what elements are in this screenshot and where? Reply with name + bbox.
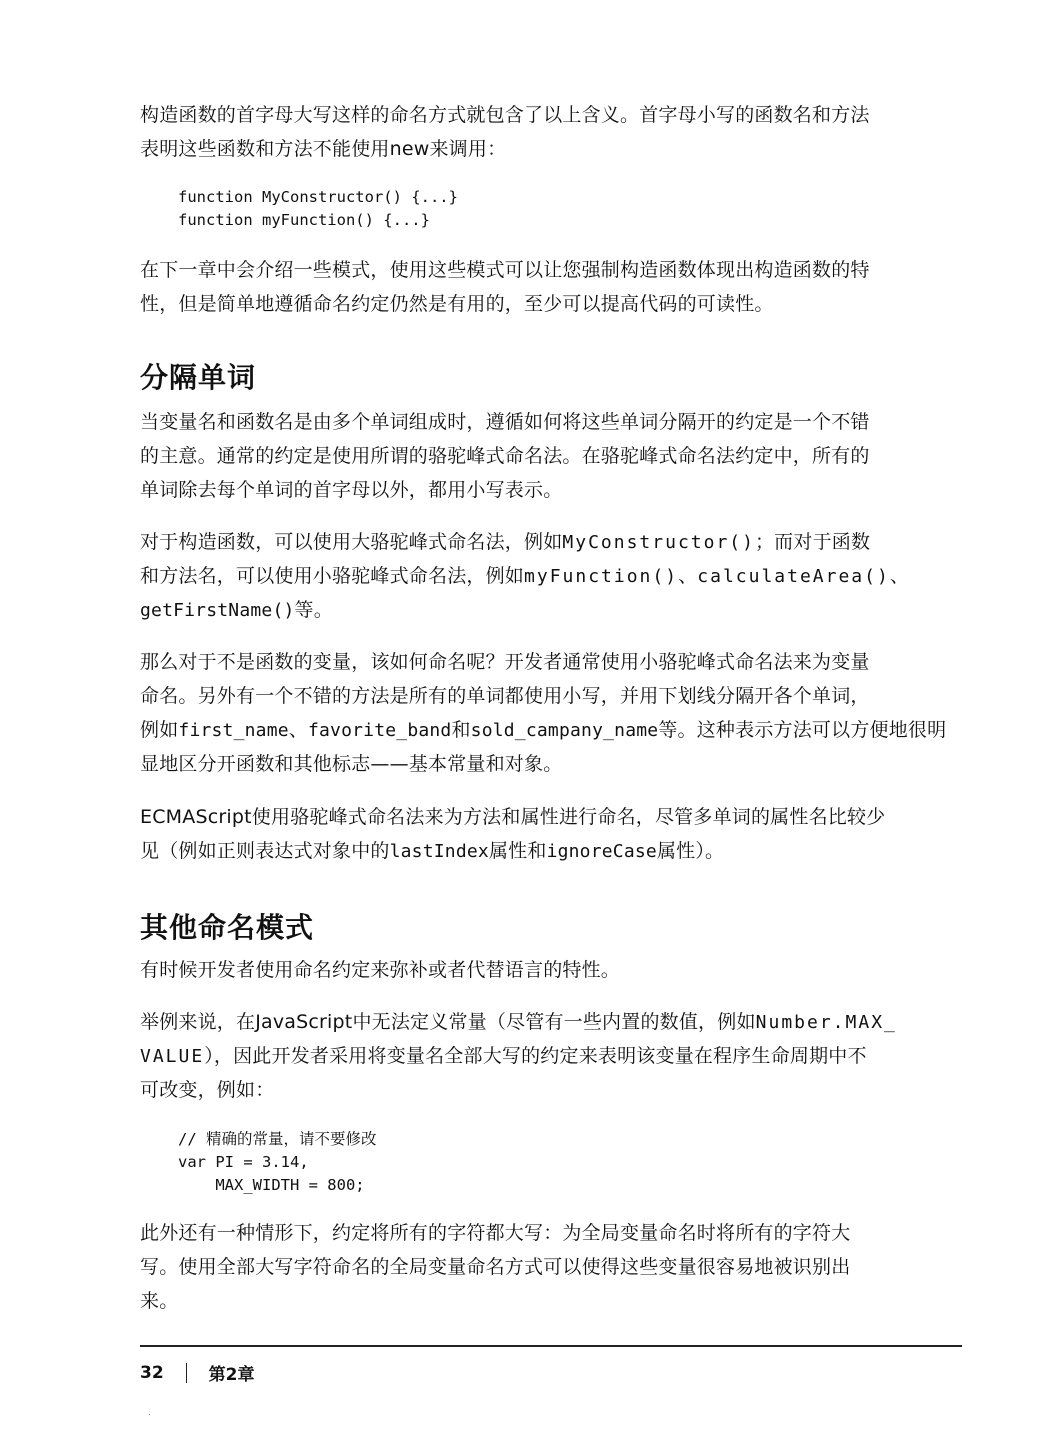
- constants-paragraph: 举例来说，在JavaScript中无法定义常量（尽管有一些内置的数值，例如Num…: [140, 1005, 962, 1107]
- section-heading-other-naming-patterns: 其他命名模式: [140, 906, 314, 946]
- constructor-naming-paragraph: 对于构造函数，可以使用大骆驼峰式命名法，例如MyConstructor()；而对…: [140, 525, 962, 627]
- footer-separator: [186, 1363, 187, 1383]
- pattern-paragraph: 在下一章中会介绍一些模式，使用这些模式可以让您强制构造函数体现出构造函数的特 性…: [140, 253, 962, 321]
- text-line: 显地区分开函数和其他标志——基本常量和对象。: [140, 747, 962, 781]
- text-line: 性，但是简单地遵循命名约定仍然是有用的，至少可以提高代码的可读性。: [140, 287, 962, 321]
- inline-code: myFunction(): [524, 566, 678, 587]
- text-line: 那么对于不是函数的变量，该如何命名呢？开发者通常使用小骆驼峰式命名法来为变量: [140, 645, 962, 679]
- text-fragment: 属性和: [489, 840, 547, 862]
- code-line: var PI = 3.14,: [178, 1153, 309, 1171]
- inline-code: favorite_band: [308, 720, 451, 741]
- text-line: 可改变，例如：: [140, 1073, 962, 1107]
- text-fragment: 属性）。: [657, 840, 724, 862]
- text-line: 命名。另外有一个不错的方法是所有的单词都使用小写，并用下划线分隔开各个单词，: [140, 679, 962, 713]
- footer-divider: [140, 1345, 962, 1347]
- text-fragment: 、: [678, 565, 697, 587]
- text-fragment: 见（例如正则表达式对象中的: [140, 840, 390, 862]
- text-fragment: 和方法名，可以使用小骆驼峰式命名法，例如: [140, 565, 524, 587]
- text-line: 写。使用全部大写字符命名的全局变量命名方式可以使得这些变量很容易地被识别出: [140, 1250, 962, 1284]
- text-line: ECMAScript使用骆驼峰式命名法来为方法和属性进行命名，尽管多单词的属性名…: [140, 800, 962, 834]
- language-features-paragraph: 有时候开发者使用命名约定来弥补或者代替语言的特性。: [140, 953, 962, 987]
- text-line: 表明这些函数和方法不能使用new来调用：: [140, 132, 962, 166]
- text-line: 例如first_name、favorite_band和sold_campany_…: [140, 713, 962, 747]
- chapter-label: 第2章: [209, 1360, 255, 1385]
- text-line: 有时候开发者使用命名约定来弥补或者代替语言的特性。: [140, 953, 962, 987]
- text-line: 构造函数的首字母大写这样的命名方式就包含了以上含义。首字母小写的函数名和方法: [140, 98, 962, 132]
- text-line: 举例来说，在JavaScript中无法定义常量（尽管有一些内置的数值，例如Num…: [140, 1005, 962, 1039]
- code-block-function-names: function MyConstructor() {...} function …: [178, 186, 458, 232]
- text-fragment: 等。: [295, 599, 333, 621]
- page-footer: 32 第2章: [140, 1360, 255, 1385]
- inline-code: Number.MAX_: [756, 1012, 897, 1033]
- ecmascript-paragraph: ECMAScript使用骆驼峰式命名法来为方法和属性进行命名，尽管多单词的属性名…: [140, 800, 962, 868]
- text-fragment: 例如: [140, 719, 178, 741]
- intro-paragraph: 构造函数的首字母大写这样的命名方式就包含了以上含义。首字母小写的函数名和方法 表…: [140, 98, 962, 166]
- inline-code: VALUE: [140, 1046, 204, 1067]
- inline-code: lastIndex: [390, 841, 489, 862]
- text-line: 单词除去每个单词的首字母以外，都用小写表示。: [140, 473, 962, 507]
- inline-code: ignoreCase: [547, 841, 657, 862]
- text-fragment: 对于构造函数，可以使用大骆驼峰式命名法，例如: [140, 531, 562, 553]
- code-line: function MyConstructor() {...}: [178, 188, 458, 206]
- global-variables-paragraph: 此外还有一种情形下，约定将所有的字符都大写：为全局变量命名时将所有的字符大 写。…: [140, 1216, 962, 1318]
- text-line: 对于构造函数，可以使用大骆驼峰式命名法，例如MyConstructor()；而对…: [140, 525, 962, 559]
- code-line: function myFunction() {...}: [178, 211, 430, 229]
- code-block-constants: // 精确的常量，请不要修改 var PI = 3.14, MAX_WIDTH …: [178, 1128, 377, 1197]
- inline-code: calculateArea(): [697, 566, 890, 587]
- code-line: MAX_WIDTH = 800;: [178, 1176, 365, 1194]
- text-line: 此外还有一种情形下，约定将所有的字符都大写：为全局变量命名时将所有的字符大: [140, 1216, 962, 1250]
- inline-code: sold_campany_name: [471, 720, 659, 741]
- code-comment: // 精确的常量，请不要修改: [178, 1130, 377, 1148]
- text-line: 来。: [140, 1284, 962, 1318]
- text-fragment: 举例来说，在JavaScript中无法定义常量（尽管有一些内置的数值，例如: [140, 1011, 756, 1033]
- variable-naming-paragraph: 那么对于不是函数的变量，该如何命名呢？开发者通常使用小骆驼峰式命名法来为变量 命…: [140, 645, 962, 781]
- text-line: getFirstName()等。: [140, 593, 962, 627]
- inline-code: first_name: [178, 720, 288, 741]
- text-fragment: 和: [451, 719, 470, 741]
- text-fragment: ），因此开发者采用将变量名全部大写的约定来表明该变量在程序生命周期中不: [204, 1045, 867, 1067]
- scan-speck: [149, 1414, 150, 1415]
- text-fragment: 、: [890, 565, 909, 587]
- text-line: 见（例如正则表达式对象中的lastIndex属性和ignoreCase属性）。: [140, 834, 962, 868]
- text-line: VALUE），因此开发者采用将变量名全部大写的约定来表明该变量在程序生命周期中不: [140, 1039, 962, 1073]
- text-line: 在下一章中会介绍一些模式，使用这些模式可以让您强制构造函数体现出构造函数的特: [140, 253, 962, 287]
- camelcase-paragraph: 当变量名和函数名是由多个单词组成时，遵循如何将这些单词分隔开的约定是一个不错 的…: [140, 405, 962, 507]
- text-line: 和方法名，可以使用小骆驼峰式命名法，例如myFunction()、calcula…: [140, 559, 962, 593]
- text-fragment: 、: [289, 719, 308, 741]
- inline-code: getFirstName(): [140, 600, 295, 621]
- page-number: 32: [140, 1363, 164, 1383]
- text-fragment: ；而对于函数: [755, 531, 870, 553]
- text-fragment: 等。这种表示方法可以方便地很明: [658, 719, 946, 741]
- section-heading-separating-words: 分隔单词: [140, 356, 256, 396]
- text-line: 的主意。通常的约定是使用所谓的骆驼峰式命名法。在骆驼峰式命名法约定中，所有的: [140, 439, 962, 473]
- text-line: 当变量名和函数名是由多个单词组成时，遵循如何将这些单词分隔开的约定是一个不错: [140, 405, 962, 439]
- inline-code: MyConstructor(): [562, 532, 755, 553]
